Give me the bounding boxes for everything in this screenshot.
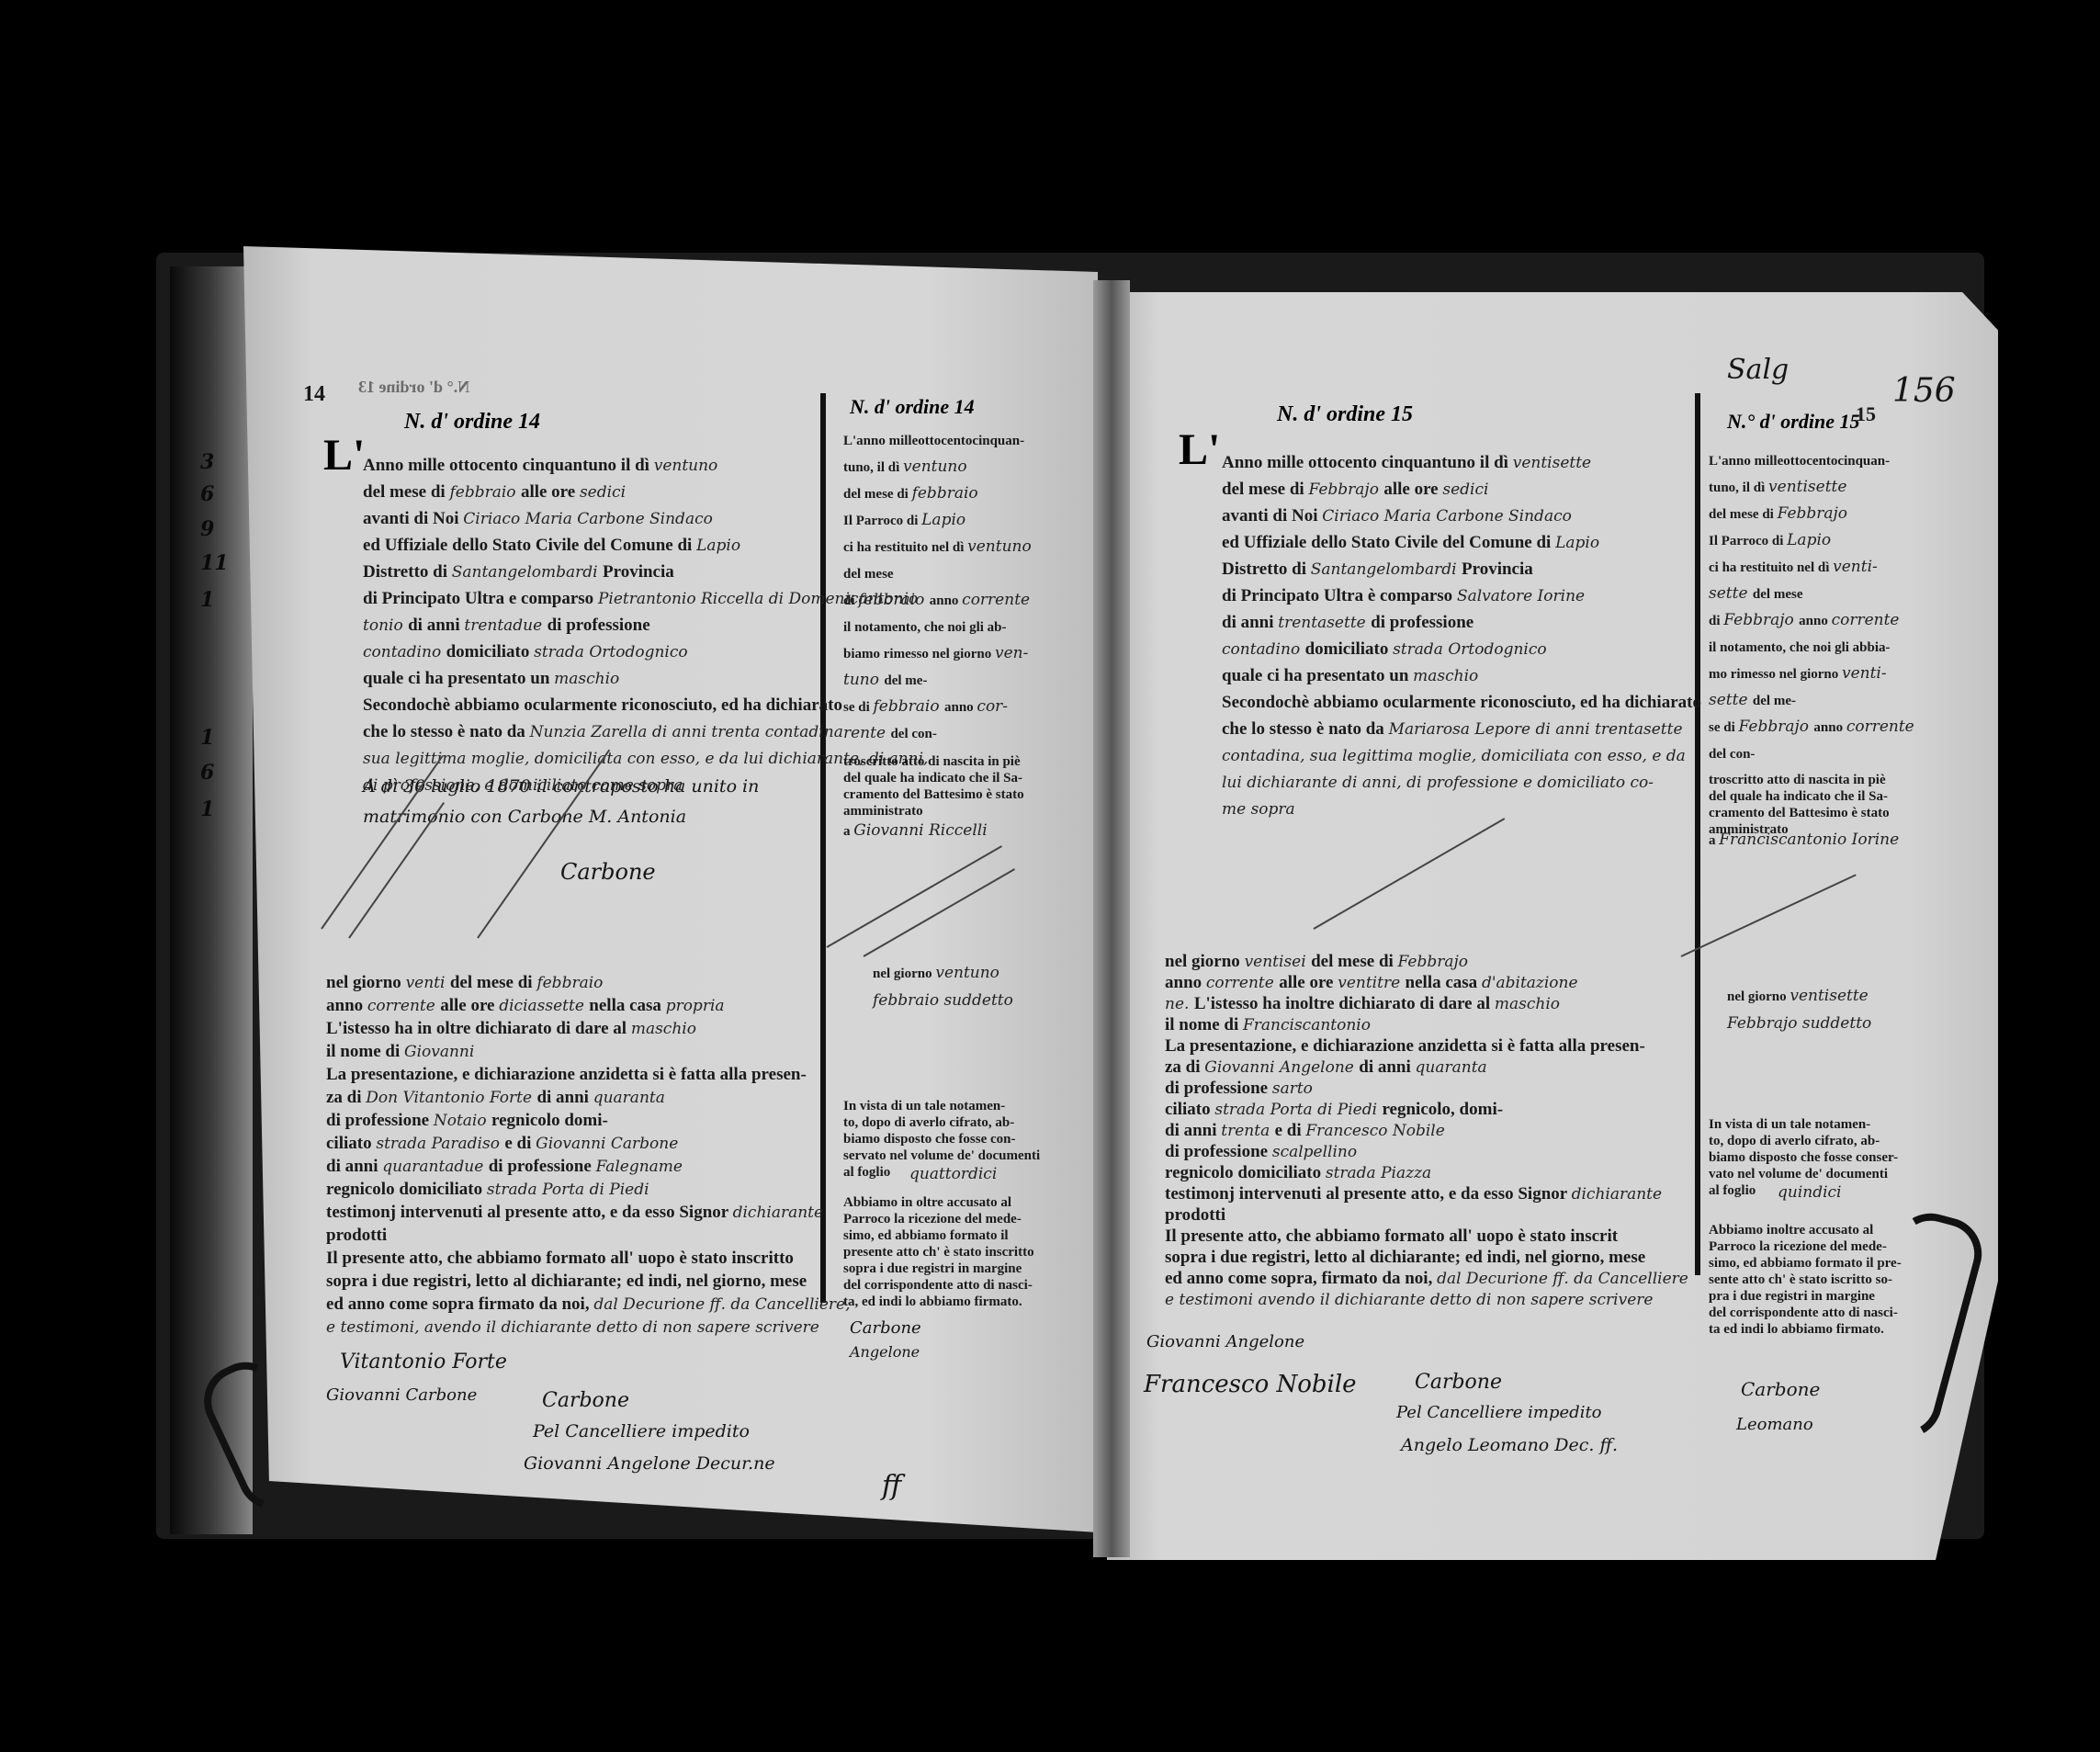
printed-text: nella casa — [589, 996, 665, 1015]
printed-text: testimonj intervenuti al presente atto, … — [1165, 1184, 1572, 1204]
record-line: simo, ed abbiamo formato il pre- — [1709, 1255, 1902, 1272]
printed-text: nella casa — [1406, 973, 1482, 992]
printed-text: L'istesso ha in oltre dichiarato di dare… — [326, 1019, 631, 1038]
record-line: del mese di Febbrajo — [1709, 505, 1847, 523]
signature: Vitantonio Forte — [340, 1351, 507, 1373]
record-line: prodotti — [326, 1225, 387, 1246]
record-line: me sopra — [1222, 798, 1295, 819]
record-line: e testimoni avendo il dichiarante detto … — [1165, 1289, 1653, 1310]
printed-text: tuno, il dì — [843, 460, 903, 475]
record-line: di Febbrajo anno corrente — [1709, 612, 1900, 629]
record-line: di anni trentasette di professione — [1222, 612, 1473, 633]
record-line: ci ha restituito nel dì venti- — [1709, 559, 1878, 576]
record-line: anno corrente alle ore diciassette nella… — [326, 995, 725, 1016]
signature: Giovanni Carbone — [326, 1385, 477, 1405]
handwritten-entry: quaranta — [1416, 1058, 1487, 1077]
signature: Giovanni Angelone Decur.ne — [524, 1453, 775, 1474]
record-line: del corrispondente atto di nasci- — [843, 1277, 1033, 1294]
record-line: a Franciscantonio Iorine — [1709, 831, 1899, 849]
record-line: Anno mille ottocento cinquantuno il dì v… — [363, 455, 717, 476]
printed-text: domiciliato — [1305, 639, 1394, 659]
handwritten-entry: ventisette — [1768, 478, 1846, 496]
record-line: quale ci ha presentato un maschio — [1222, 665, 1478, 686]
printed-text: a — [843, 824, 853, 839]
record-line: di professione scalpellino — [1165, 1141, 1357, 1162]
printed-text: nel giorno — [326, 973, 406, 992]
printed-text: alle ore — [1383, 480, 1442, 499]
handwritten-entry: Notaio — [434, 1112, 491, 1130]
printed-text: che lo stesso è nato da — [363, 722, 530, 741]
record-line: cramento del Battesimo è stato — [843, 786, 1024, 803]
handwritten-entry: dichiarante — [1572, 1185, 1662, 1204]
printed-text: Provincia — [1462, 560, 1533, 579]
printed-text: Distretto di — [363, 562, 452, 582]
record-line: tuno, il dì ventisette — [1709, 479, 1846, 496]
record-line: sopra i due registri, letto al dichiaran… — [1165, 1247, 1645, 1268]
handwritten-entry: ventisette — [1790, 987, 1868, 1005]
handwritten-entry: Mariarosa Lepore di anni trentasette — [1389, 720, 1683, 739]
printed-text: anno — [1813, 720, 1846, 735]
record-line: nel giorno ventisei del mese di Febbrajo — [1165, 951, 1468, 972]
record-line: il notamento, che noi gli ab- — [843, 618, 1007, 636]
record-line: Secondochè abbiamo ocularmente riconosci… — [363, 695, 842, 716]
handwritten-entry: maschio — [1413, 667, 1478, 685]
spine-margin-number: 1 — [200, 797, 214, 821]
left-margin-rule — [820, 393, 826, 1303]
record-line: regnicolo domiciliato strada Piazza — [1165, 1162, 1431, 1183]
record-line: del mese — [843, 565, 894, 582]
printed-text: Secondochè abbiamo ocularmente riconosci… — [363, 695, 842, 715]
record-line: servato nel volume de' documenti — [843, 1147, 1040, 1164]
printed-text: di anni — [1359, 1057, 1415, 1077]
handwritten-entry: Santangelombardi — [452, 563, 603, 582]
printed-text: anno — [1165, 973, 1206, 992]
signature: Carbone — [1741, 1378, 1820, 1400]
handwritten-entry: propria — [666, 997, 725, 1015]
record-line: a Giovanni Riccelli — [843, 822, 988, 840]
record-line: Il presente atto, che abbiamo formato al… — [326, 1248, 794, 1269]
printed-text: del mese — [1753, 587, 1803, 602]
printed-text: Il presente atto, che abbiamo formato al… — [326, 1249, 794, 1268]
handwritten-entry: contadina, sua legittima moglie, domicil… — [1222, 747, 1686, 765]
handwritten-entry: Don Vitantonio Forte — [366, 1089, 536, 1107]
record-line: anno corrente alle ore ventitre nella ca… — [1165, 972, 1578, 993]
printed-text: ed anno come sopra, firmato da noi, — [1165, 1269, 1437, 1288]
printed-text: sopra i due registri, letto al dichiaran… — [1165, 1248, 1645, 1267]
record-line: nel giorno ventisette — [1727, 988, 1869, 1005]
record-line: tuno, il dì ventuno — [843, 458, 967, 476]
printed-text: prodotti — [326, 1226, 387, 1245]
handwritten-entry: trentadue — [464, 616, 547, 635]
record-line: ed Uffiziale dello Stato Civile del Comu… — [363, 535, 740, 556]
handwritten-entry: strada Ortodognico — [534, 643, 688, 661]
record-line: ne. L'istesso ha inoltre dichiarato di d… — [1165, 993, 1560, 1014]
printed-text: anno — [326, 996, 367, 1015]
handwritten-entry: ventitre — [1338, 974, 1405, 992]
record-line: avanti di Noi Ciriaco Maria Carbone Sind… — [1222, 505, 1572, 526]
printed-text: L'anno milleottocentocinquan- — [843, 434, 1024, 448]
printed-text: Il Parroco di — [843, 514, 921, 528]
record-line: to, dopo di averlo cifrato, ab- — [1709, 1133, 1880, 1149]
record-line: tuno del me- — [843, 672, 927, 689]
handwritten-entry: corrente — [1846, 718, 1914, 736]
printed-text: di Principato Ultra e comparso — [363, 589, 598, 608]
printed-text: L'anno milleottocentocinquan- — [1709, 454, 1890, 469]
handwritten-entry: febbraio — [874, 697, 944, 716]
record-line: ed anno come sopra firmato da noi, dal D… — [326, 1294, 850, 1315]
handwritten-entry: lui dichiarante di anni, di professione … — [1222, 774, 1654, 792]
record-line: il nome di Franciscantonio — [1165, 1014, 1371, 1035]
signature: ff — [882, 1470, 901, 1502]
right-margin-rule — [1695, 393, 1700, 1275]
handwritten-entry: trenta — [1221, 1122, 1274, 1140]
record-line: ci ha restituito nel dì ventuno — [843, 538, 1032, 556]
record-line: sopra i due registri, letto al dichiaran… — [326, 1271, 807, 1292]
printed-text: di professione — [548, 616, 650, 635]
handwritten-entry: venti — [406, 974, 450, 992]
record-line: L'istesso ha in oltre dichiarato di dare… — [326, 1018, 696, 1039]
handwritten-entry: febbraio — [858, 591, 929, 609]
record-line: amministrato — [843, 803, 923, 819]
printed-text: di professione — [1165, 1079, 1272, 1098]
printed-text: Distretto di — [1222, 560, 1311, 579]
handwritten-entry: strada Ortodognico — [1393, 640, 1547, 659]
printed-text: prodotti — [1165, 1205, 1225, 1225]
printed-text: del me- — [884, 673, 927, 688]
record-line: simo, ed abbiamo formato il — [843, 1227, 1009, 1244]
handwritten-entry: Febbrajo — [1778, 504, 1847, 523]
printed-text: e di — [504, 1134, 536, 1153]
printed-text: ciliato — [326, 1134, 376, 1153]
handwritten-entry: Febbrajo — [1723, 611, 1799, 629]
handwritten-entry: e testimoni, avendo il dichiarante detto… — [326, 1318, 819, 1337]
handwritten-entry: dal Decurione ff. da Cancelliere, — [593, 1295, 850, 1314]
signature: Angelo Leomano Dec. ff. — [1401, 1435, 1618, 1455]
handwritten-entry: strada Porta di Piedi — [1214, 1101, 1382, 1119]
printed-text: avanti di Noi — [1222, 506, 1322, 526]
printed-text: del con- — [890, 727, 936, 741]
record-line: del corrispondente atto di nasci- — [1709, 1305, 1898, 1321]
record-line: di febbraio anno corrente — [843, 592, 1030, 609]
handwritten-entry: Giovanni Angelone — [1204, 1058, 1359, 1077]
record-line: del quale ha indicato che il Sa- — [843, 770, 1022, 786]
printed-text: quale ci ha presentato un — [363, 669, 554, 688]
printed-text: di anni — [1165, 1121, 1221, 1140]
handwritten-entry: tuno — [843, 671, 884, 689]
left-mirror-text: N.° d' ordine 13 — [358, 377, 469, 397]
handwritten-entry: Francesco Nobile — [1305, 1122, 1444, 1140]
printed-text: za di — [326, 1088, 366, 1107]
record-line: di anni quarantadue di professione Faleg… — [326, 1156, 683, 1177]
signature: Carbone — [542, 1389, 629, 1412]
handwritten-entry: febbraio suddetto — [873, 991, 1013, 1010]
handwritten-entry: scalpellino — [1272, 1143, 1357, 1161]
handwritten-entry: dal Decurione ff. da Cancelliere — [1437, 1270, 1688, 1288]
printed-text: Secondochè abbiamo ocularmente riconosci… — [1222, 693, 1701, 712]
record-line: Il Parroco di Lapio — [843, 512, 965, 529]
printed-text: domiciliato — [446, 642, 535, 661]
record-line: di professione sarto — [1165, 1078, 1313, 1099]
printed-text: za di — [1165, 1057, 1204, 1077]
record-line: L'anno milleottocentocinquan- — [1709, 452, 1890, 469]
spine-margin-number: 6 — [200, 761, 214, 785]
handwritten-entry: corrente — [1832, 611, 1900, 629]
printed-text: alle ore — [521, 482, 580, 502]
handwritten-entry: Santangelombardi — [1311, 560, 1462, 579]
handwritten-entry: trentasette — [1278, 614, 1371, 632]
printed-text: ci ha restituito nel dì — [1709, 560, 1833, 575]
record-line: se di febbraio anno cor- — [843, 698, 1008, 716]
right-margin-title: N.° d' ordine 15 — [1727, 412, 1859, 432]
record-line: che lo stesso è nato da Nunzia Zarella d… — [363, 721, 843, 742]
handwritten-entry: Lapio — [921, 511, 965, 529]
handwritten-entry: ventuno — [967, 537, 1032, 556]
record-line: La presentazione, e dichiarazione anzide… — [326, 1064, 807, 1085]
handwritten-entry: febbraio — [536, 974, 603, 992]
handwritten-entry: quaranta — [593, 1089, 665, 1107]
handwritten-entry: sedici — [1442, 480, 1488, 499]
printed-text: alle ore — [440, 996, 499, 1015]
record-line: ed Uffiziale dello Stato Civile del Comu… — [1222, 532, 1599, 553]
record-line: ta ed indi lo abbiamo firmato. — [1709, 1321, 1884, 1338]
handwritten-entry: corrente — [962, 591, 1030, 609]
handwritten-entry: diciassette — [499, 997, 589, 1015]
record-line: di Principato Ultra e comparso Pietranto… — [363, 588, 918, 609]
record-line: Il presente atto, che abbiamo formato al… — [1165, 1226, 1618, 1247]
printed-text: La presentazione, e dichiarazione anzide… — [1165, 1036, 1645, 1056]
record-line: to, dopo di averlo cifrato, ab- — [843, 1114, 1014, 1131]
handwritten-entry: sette — [1709, 691, 1753, 709]
handwritten-entry: Febbrajo — [1398, 953, 1468, 971]
printed-text: se di — [843, 700, 874, 715]
printed-text: ciliato — [1165, 1100, 1214, 1119]
handwritten-entry: Nunzia Zarella di anni trenta contadina — [530, 723, 843, 741]
handwritten-entry: Franciscantonio Iorine — [1719, 831, 1899, 849]
record-line: Anno mille ottocento cinquantuno il dì v… — [1222, 452, 1591, 473]
left-dropcap: L' — [323, 430, 365, 480]
record-line: vato nel volume de' documenti — [1709, 1166, 1888, 1182]
printed-text: L'istesso ha inoltre dichiarato di dare … — [1194, 994, 1495, 1013]
printed-text: mo rimesso nel giorno — [1709, 667, 1842, 682]
record-line: ciliato strada Porta di Piedi regnicolo,… — [1165, 1099, 1503, 1120]
spine-margin-number: 1 — [200, 726, 214, 750]
printed-text: regnicolo domiciliato — [326, 1180, 487, 1199]
handwritten-entry: Ciriaco Maria Carbone Sindaco — [463, 510, 713, 528]
handwritten-entry: venti- — [1842, 664, 1887, 683]
printed-text: di anni — [408, 616, 464, 635]
record-line: se di Febbrajo anno corrente — [1709, 718, 1914, 736]
record-line: di anni trenta e di Francesco Nobile — [1165, 1120, 1445, 1141]
handwritten-entry: sette — [1709, 584, 1753, 603]
record-line: pra i due registri in margine — [1709, 1288, 1875, 1305]
handwritten-entry: sarto — [1272, 1079, 1313, 1098]
record-line: nel giorno venti del mese di febbraio — [326, 972, 603, 993]
record-line: regnicolo domiciliato strada Porta di Pi… — [326, 1179, 649, 1200]
record-line: quale ci ha presentato un maschio — [363, 668, 619, 689]
signature: Giovanni Angelone — [1146, 1332, 1304, 1351]
printed-text: di anni — [326, 1157, 382, 1176]
printed-text: regnicolo domiciliato — [1165, 1163, 1326, 1182]
spine-margin-number: 11 — [200, 551, 229, 575]
record-line: Distretto di Santangelombardi Provincia — [1222, 559, 1533, 580]
handwritten-entry: Febbrajo — [1739, 718, 1814, 736]
printed-text: ed Uffiziale dello Stato Civile del Comu… — [1222, 533, 1555, 552]
handwritten-entry: Lapio — [696, 537, 740, 555]
record-line: sette del me- — [1709, 692, 1796, 709]
printed-text: di anni — [536, 1088, 593, 1107]
handwritten-entry: corrente — [367, 997, 440, 1015]
handwritten-entry: Franciscantonio — [1243, 1016, 1371, 1034]
printed-text: il notamento, che noi gli ab- — [843, 620, 1007, 635]
record-line: biamo disposto che fosse conser- — [1709, 1149, 1898, 1166]
printed-text: del me- — [1753, 694, 1796, 708]
annotation-signature: Carbone — [560, 859, 656, 885]
printed-text: del mese di — [843, 487, 912, 502]
printed-text: di professione — [489, 1157, 596, 1176]
printed-text: nel giorno — [1165, 952, 1245, 971]
printed-text: anno — [944, 700, 977, 715]
printed-text: di anni — [1222, 613, 1278, 632]
record-line: ta, ed indi lo abbiamo firmato. — [843, 1294, 1022, 1310]
left-page-number: 14 — [303, 384, 325, 404]
printed-text: del con- — [1709, 747, 1755, 762]
printed-text: anno — [930, 593, 962, 608]
record-line: testimonj intervenuti al presente atto, … — [1165, 1183, 1662, 1204]
printed-text: ed Uffiziale dello Stato Civile del Comu… — [363, 536, 696, 555]
printed-text: del mese di — [1222, 480, 1308, 499]
record-line: contadina, sua legittima moglie, domicil… — [1222, 745, 1686, 766]
record-line: al foglio — [1709, 1182, 1756, 1199]
right-main-title: N. d' ordine 15 — [1277, 404, 1413, 424]
record-line: biamo disposto che fosse con- — [843, 1131, 1016, 1147]
record-line: rente del con- — [843, 725, 937, 742]
printed-text: nel giorno — [1727, 989, 1790, 1004]
record-line: In vista di un tale notamen- — [843, 1098, 1005, 1114]
handwritten-entry: contadino — [363, 643, 446, 661]
signature: Francesco Nobile — [1144, 1371, 1357, 1398]
record-line: contadino domiciliato strada Ortodognico — [363, 641, 688, 662]
printed-text: nel giorno — [873, 966, 935, 981]
handwritten-entry: ventuno — [935, 964, 999, 982]
record-line: troscritto atto di nascita in piè — [1709, 772, 1886, 788]
right-dropcap: L' — [1179, 424, 1220, 475]
record-line: di Principato Ultra è comparso Salvatore… — [1222, 585, 1585, 606]
handwritten-entry: strada Porta di Piedi — [487, 1181, 649, 1199]
printed-text: di Principato Ultra è comparso — [1222, 586, 1457, 605]
printed-text: il notamento, che noi gli abbia- — [1709, 640, 1891, 655]
record-line: presente atto ch' è stato inscritto — [843, 1244, 1034, 1260]
handwritten-entry: me sopra — [1222, 800, 1295, 819]
signature: Pel Cancelliere impedito — [1396, 1403, 1602, 1422]
record-line: Parroco la ricezione del mede- — [1709, 1238, 1887, 1255]
marriage-annotation-line2: matrimonio con Carbone M. Antonia — [363, 807, 686, 827]
handwritten-entry: Ciriaco Maria Carbone Sindaco — [1322, 507, 1572, 526]
printed-text: di professione — [1165, 1142, 1272, 1161]
handwritten-entry: corrente — [1206, 974, 1279, 992]
record-line: nel giorno ventuno — [873, 965, 999, 982]
handwritten-entry: febbraio — [449, 483, 520, 502]
printed-text: La presentazione, e dichiarazione anzide… — [326, 1065, 807, 1084]
handwritten-entry: Giovanni Carbone — [536, 1135, 678, 1153]
printed-text: tuno, il dì — [1709, 480, 1768, 495]
record-line: tonio di anni trentadue di professione — [363, 615, 650, 636]
printed-text: quale ci ha presentato un — [1222, 666, 1413, 685]
record-line: lui dichiarante di anni, di professione … — [1222, 772, 1654, 793]
record-line: cramento del Battesimo è stato — [1709, 805, 1890, 821]
printed-text: di — [843, 593, 858, 608]
signature: Carbone — [850, 1318, 921, 1338]
record-line: prodotti — [1165, 1204, 1225, 1226]
record-line: biamo rimesso nel giorno ven- — [843, 645, 1028, 662]
record-line: il nome di Giovanni — [326, 1041, 474, 1062]
printed-text: Provincia — [603, 562, 674, 582]
handwritten-entry: rente — [843, 724, 890, 742]
record-line: mo rimesso nel giorno venti- — [1709, 665, 1887, 683]
signature: Angelone — [850, 1343, 920, 1361]
spine-margin-number: 6 — [200, 482, 214, 506]
handwritten-entry: sedici — [580, 483, 626, 502]
handwritten-entry: d'abitazione — [1482, 974, 1578, 992]
corner-scribble: Salg — [1727, 354, 1789, 386]
spine-margin-number: 9 — [200, 517, 214, 541]
record-line: Abbiamo in oltre accusato al — [843, 1194, 1011, 1211]
record-line: al foglio — [843, 1164, 890, 1181]
record-line: L'anno milleottocentocinquan- — [843, 432, 1024, 449]
printed-text: e di — [1275, 1121, 1306, 1140]
record-line: di professione Notaio regnicolo domi- — [326, 1110, 608, 1131]
record-line: Febbrajo suddetto — [1727, 1015, 1871, 1032]
right-page-number: 15 — [1856, 404, 1876, 424]
record-line: avanti di Noi Ciriaco Maria Carbone Sind… — [363, 508, 713, 529]
record-line: In vista di un tale notamen- — [1709, 1116, 1870, 1133]
record-line: del quale ha indicato che il Sa- — [1709, 788, 1888, 805]
handwritten-entry: quarantadue — [382, 1158, 488, 1176]
printed-text: del mese di — [450, 973, 536, 992]
record-line: del con- — [1709, 745, 1755, 763]
printed-text: testimonj intervenuti al presente atto, … — [326, 1203, 733, 1222]
printed-text: ed anno come sopra firmato da noi, — [326, 1294, 593, 1314]
printed-text: di — [1709, 614, 1723, 628]
record-line: ed anno come sopra, firmato da noi, dal … — [1165, 1268, 1688, 1289]
printed-text: di professione — [1371, 613, 1473, 632]
signature: Carbone — [1415, 1371, 1502, 1394]
folio-handwritten: quindici — [1778, 1182, 1842, 1203]
record-line: za di Don Vitantonio Forte di anni quara… — [326, 1087, 665, 1108]
signature: Pel Cancelliere impedito — [533, 1421, 750, 1441]
printed-text: Anno mille ottocento cinquantuno il dì — [363, 456, 654, 475]
handwritten-entry: strada Paradiso — [376, 1135, 504, 1153]
record-line: za di Giovanni Angelone di anni quaranta — [1165, 1057, 1487, 1078]
record-line: del mese di febbraio — [843, 485, 978, 503]
record-line: contadino domiciliato strada Ortodognico — [1222, 639, 1547, 660]
handwritten-entry: Salvatore Iorine — [1457, 587, 1585, 605]
record-line: sopra i due registri in margine — [843, 1260, 1022, 1277]
book-gutter — [1093, 280, 1130, 1557]
handwritten-entry: ventuno — [903, 458, 967, 476]
record-line: febbraio suddetto — [873, 992, 1013, 1009]
handwritten-entry: ven- — [995, 644, 1028, 662]
handwritten-entry: tonio — [363, 616, 408, 635]
handwritten-entry: venti- — [1833, 558, 1878, 576]
printed-text: a — [1709, 833, 1719, 848]
printed-text: se di — [1709, 720, 1739, 735]
record-line: che lo stesso è nato da Mariarosa Lepore… — [1222, 718, 1683, 740]
printed-text: del mese di — [1311, 952, 1397, 971]
printed-text: biamo rimesso nel giorno — [843, 647, 995, 661]
printed-text: avanti di Noi — [363, 509, 463, 528]
handwritten-entry: cor- — [977, 697, 1008, 716]
folio-number: 156 — [1892, 372, 1956, 410]
